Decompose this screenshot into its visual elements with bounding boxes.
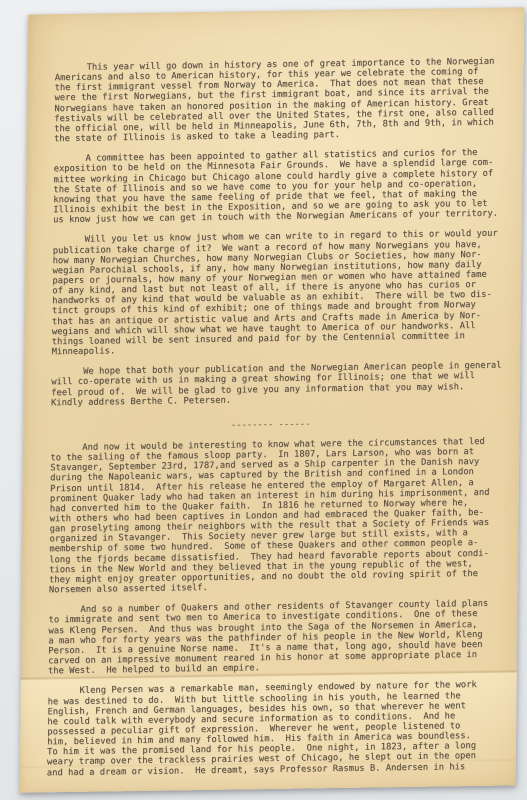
text-line: -------- ------ [51, 416, 512, 433]
paragraph: A committee has been appointed to gather… [53, 148, 515, 226]
letter-paper: This year will go down in history as one… [20, 7, 525, 793]
letter-body: This year will go down in history as one… [47, 56, 516, 778]
paragraph: And now it would be interesting to know … [49, 437, 512, 596]
paragraph: We hope that both your publication and t… [51, 361, 512, 408]
paragraph: This year will go down in history as one… [54, 56, 516, 144]
typed-divider: -------- ------ [51, 416, 512, 433]
paragraph: Kleng Persen was a remarkable man, seemi… [47, 680, 509, 778]
paragraph: Will you let us know just whom we can wr… [52, 229, 514, 358]
paragraph: And so a number of Quakers and other res… [48, 599, 510, 677]
scan-background: This year will go down in history as one… [0, 0, 527, 800]
